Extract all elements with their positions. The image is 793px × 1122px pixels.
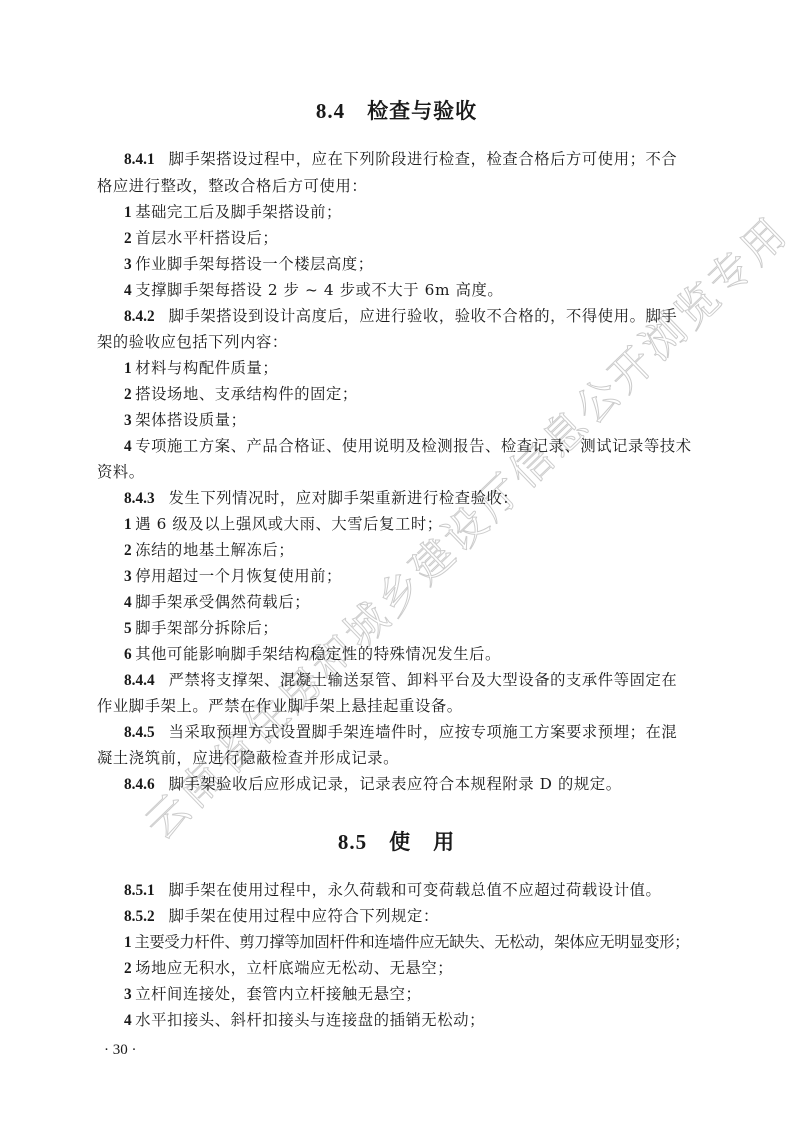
clause-8-4-4-cont: 作业脚手架上。严禁在作业脚手架上悬挂起重设备。 [97,696,707,716]
clause-id: 8.4.6 [124,776,155,793]
clause-8-5-1: 8.5.1脚手架在使用过程中，永久荷载和可变荷载总值不应超过荷载设计值。 [124,880,734,901]
clause-id: 8.4.5 [124,724,155,741]
clause-text: 脚手架在使用过程中应符合下列规定： [169,907,439,925]
clause-id: 8.5.2 [124,908,155,925]
document-page: 云南省住房和城乡建设厅信息公开浏览专用 8.4检查与验收 8.4.1脚手架搭设过… [0,0,793,1122]
clause-8-4-2: 8.4.2脚手架搭设到设计高度后，应进行验收，验收不合格的，不得使用。脚手 [124,306,734,327]
list-item: 1遇 6 级及以上强风或大雨、大雪后复工时； [124,514,734,535]
clause-text: 脚手架在使用过程中，永久荷载和可变荷载总值不应超过荷载设计值。 [169,881,662,899]
list-item: 4支撑脚手架每搭设 2 步 ~ 4 步或不大于 6m 高度。 [124,280,734,301]
clause-id: 8.4.4 [124,672,155,689]
clause-text: 发生下列情况时，应对脚手架重新进行检查验收： [169,489,519,507]
clause-text: 脚手架搭设过程中，应在下列阶段进行检查，检查合格后方可使用；不合 [169,150,678,168]
clause-text: 脚手架验收后应形成记录，记录表应符合本规程附录 D 的规定。 [169,775,622,793]
clause-8-4-1-cont: 格应进行整改，整改合格后方可使用： [97,176,707,196]
list-item: 1主要受力杆件、剪刀撑等加固杆件和连墙件应无缺失、无松动，架体应无明显变形； [124,932,734,953]
clause-8-4-2-cont: 架的验收应包括下列内容： [97,332,707,352]
list-item-cont: 资料。 [97,462,707,482]
list-item: 2搭设场地、支承结构件的固定； [124,384,734,405]
clause-text: 脚手架搭设到设计高度后，应进行验收，验收不合格的，不得使用。脚手 [169,307,678,325]
section-number: 8.4 [316,99,345,123]
clause-8-4-4: 8.4.4严禁将支撑架、混凝土输送泵管、卸料平台及大型设备的支承件等固定在 [124,670,734,691]
clause-text: 严禁将支撑架、混凝土输送泵管、卸料平台及大型设备的支承件等固定在 [169,671,678,689]
section-number: 8.5 [338,830,367,854]
clause-8-4-1: 8.4.1脚手架搭设过程中，应在下列阶段进行检查，检查合格后方可使用；不合 [124,149,734,170]
list-item: 4水平扣接头、斜杆扣接头与连接盘的插销无松动； [124,1010,734,1031]
clause-text: 当采取预埋方式设置脚手架连墙件时，应按专项施工方案要求预埋；在混 [169,723,678,741]
list-item: 1基础完工后及脚手架搭设前； [124,202,734,223]
list-item: 4脚手架承受偶然荷载后； [124,592,734,613]
clause-id: 8.4.1 [124,151,155,168]
list-item: 2首层水平杆搭设后； [124,228,734,249]
list-item: 3立杆间连接处，套管内立杆接触无悬空； [124,984,734,1005]
list-item: 4专项施工方案、产品合格证、使用说明及检测报告、检查记录、测试记录等技术 [124,436,734,457]
clause-8-4-6: 8.4.6脚手架验收后应形成记录，记录表应符合本规程附录 D 的规定。 [124,774,734,795]
list-item: 1材料与构配件质量； [124,358,734,379]
list-item: 2冻结的地基土解冻后； [124,540,734,561]
list-item: 2场地应无积水，立杆底端应无松动、无悬空； [124,958,734,979]
page-number: · 30 · [104,1042,137,1059]
list-item: 6其他可能影响脚手架结构稳定性的特殊情况发生后。 [124,644,734,665]
clause-id: 8.5.1 [124,882,155,899]
clause-8-5-2: 8.5.2脚手架在使用过程中应符合下列规定： [124,906,734,927]
clause-8-4-3: 8.4.3发生下列情况时，应对脚手架重新进行检查验收： [124,488,734,509]
clause-id: 8.4.2 [124,308,155,325]
section-title: 使 用 [389,829,455,854]
section-heading-8-5: 8.5使 用 [0,826,793,856]
section-heading-8-4: 8.4检查与验收 [0,95,793,125]
clause-id: 8.4.3 [124,490,155,507]
list-item: 5脚手架部分拆除后； [124,618,734,639]
list-item: 3作业脚手架每搭设一个楼层高度； [124,254,734,275]
clause-8-4-5: 8.4.5当采取预埋方式设置脚手架连墙件时，应按专项施工方案要求预埋；在混 [124,722,734,743]
list-item: 3架体搭设质量； [124,410,734,431]
clause-8-4-5-cont: 凝土浇筑前，应进行隐蔽检查并形成记录。 [97,748,707,768]
section-title: 检查与验收 [367,98,477,123]
list-item: 3停用超过一个月恢复使用前； [124,566,734,587]
